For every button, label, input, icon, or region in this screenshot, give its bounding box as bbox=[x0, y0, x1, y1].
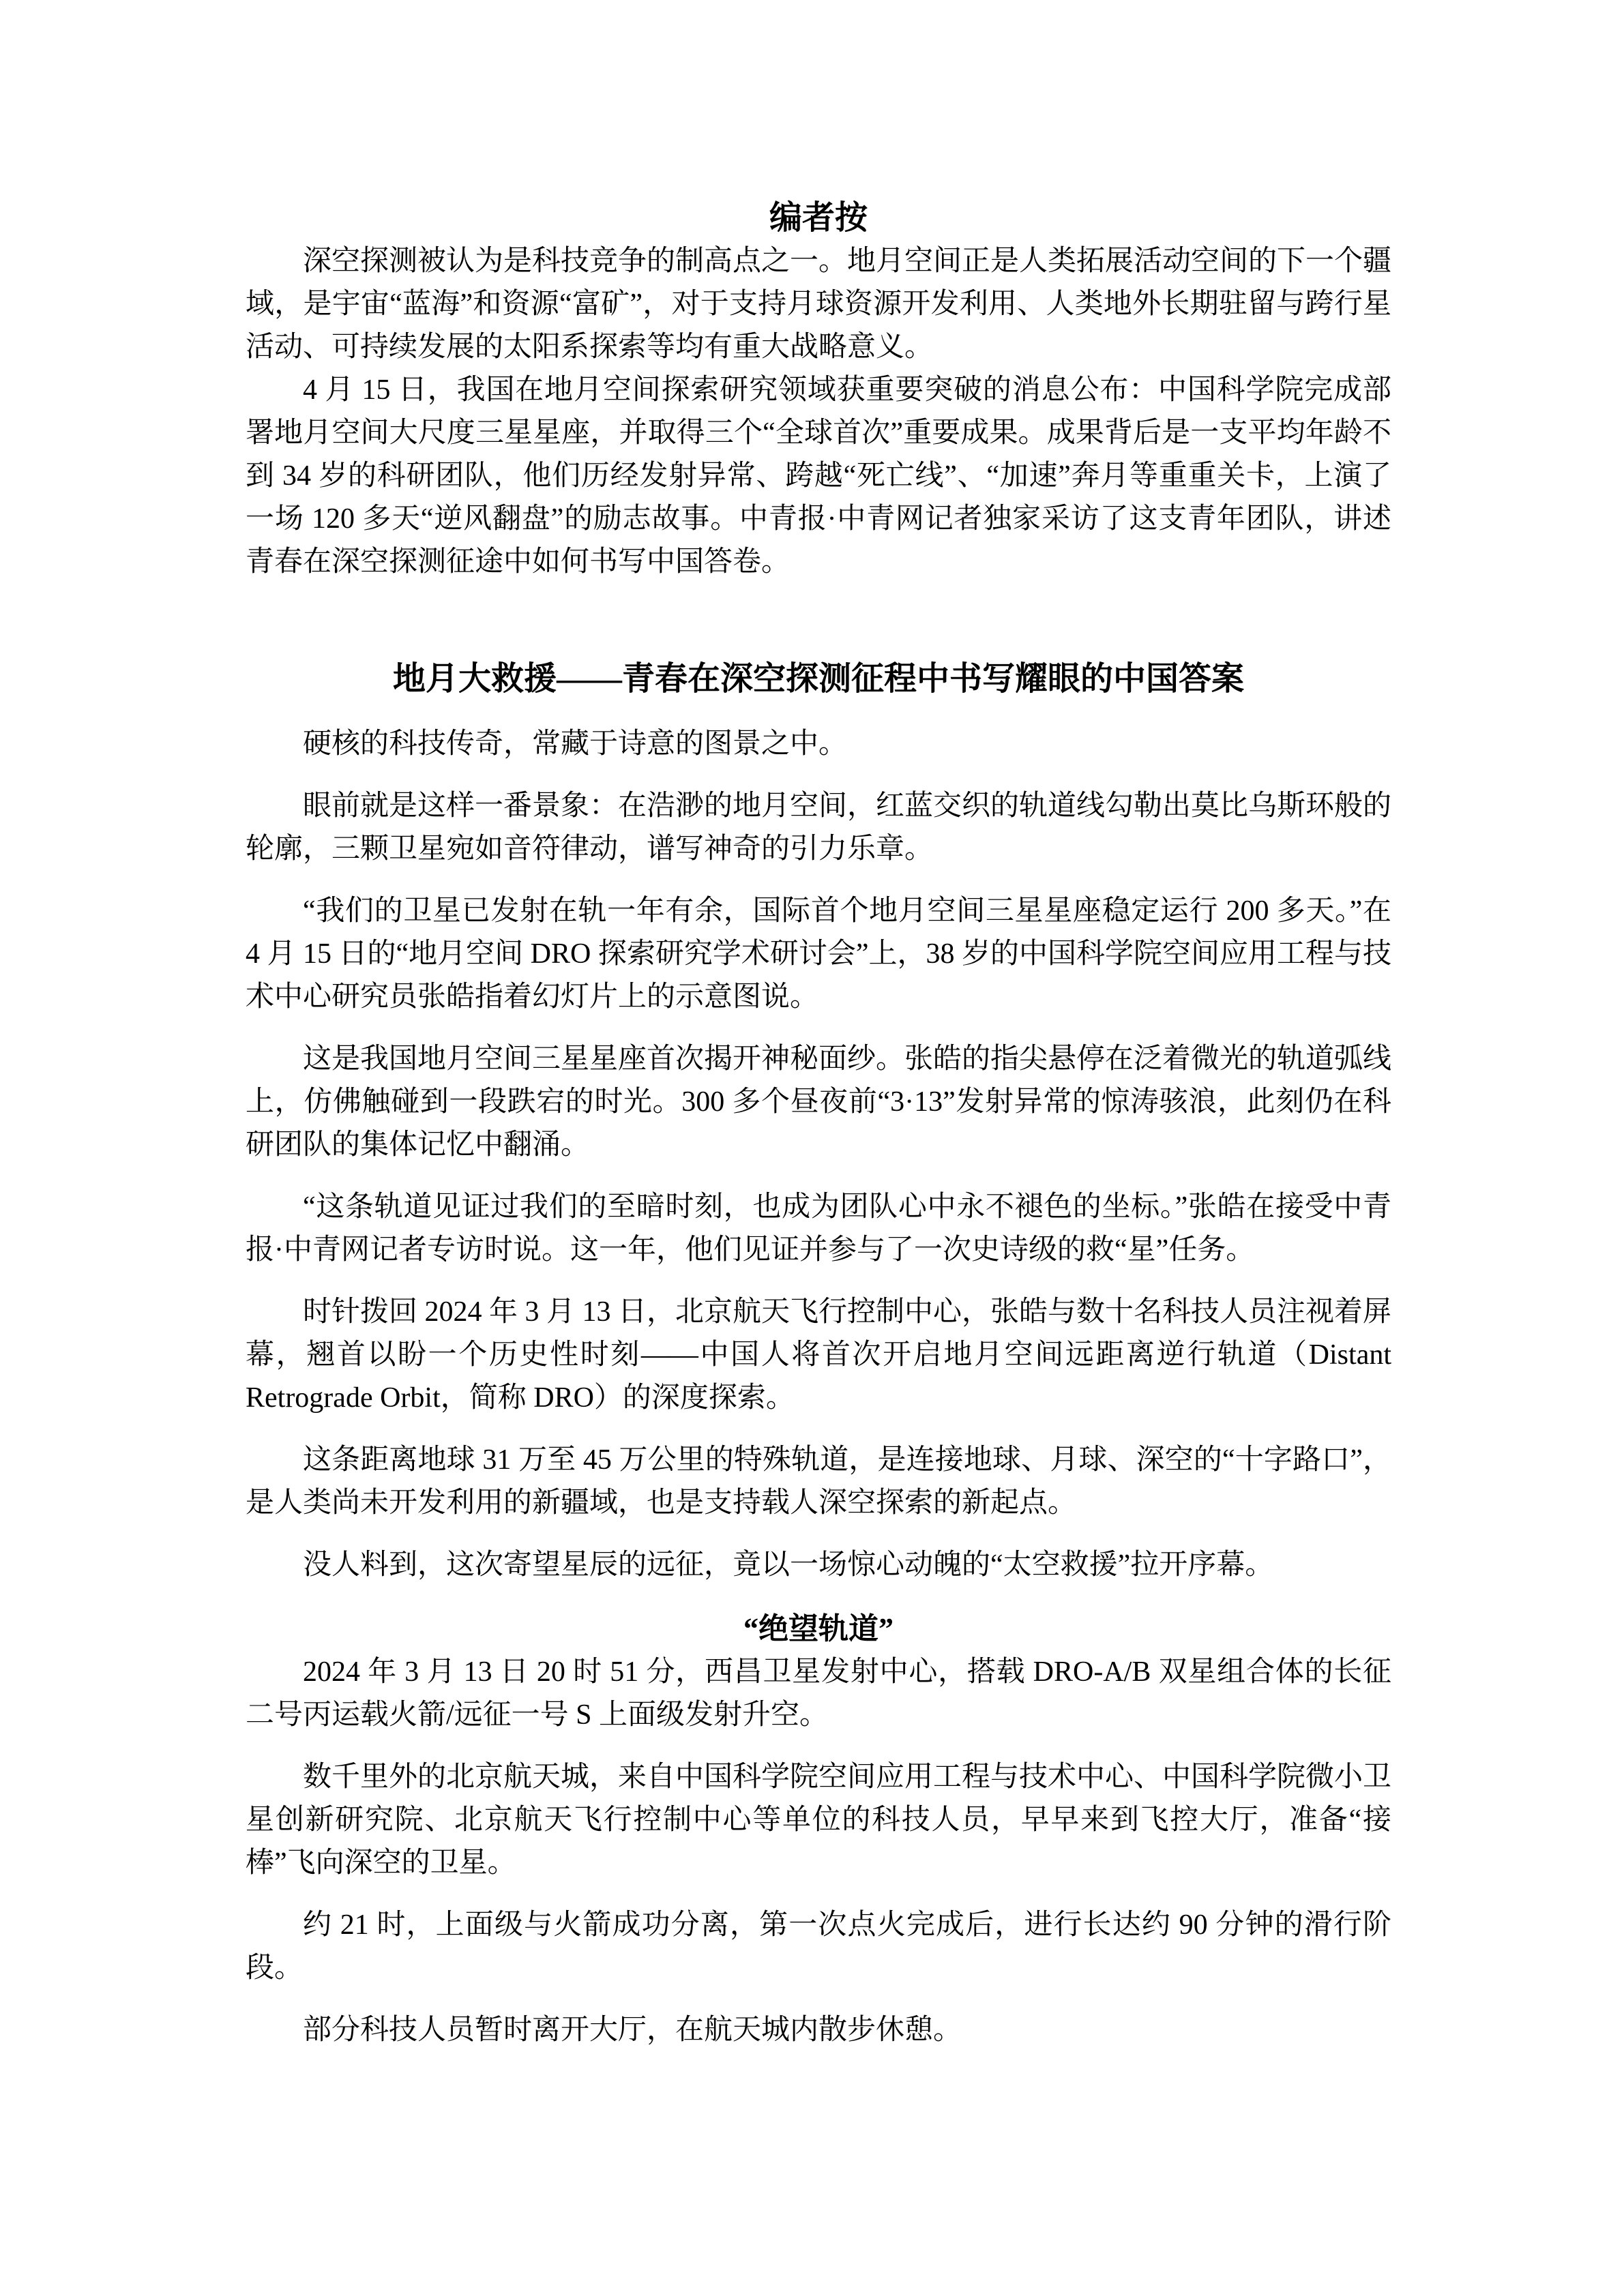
body-paragraph: 这条距离地球 31 万至 45 万公里的特殊轨道，是连接地球、月球、深空的“十字… bbox=[246, 1439, 1391, 1525]
body-paragraph: 部分科技人员暂时离开大厅，在航天城内散步休憩。 bbox=[246, 2009, 1391, 2052]
body-paragraph: 没人料到，这次寄望星辰的远征，竟以一场惊心动魄的“太空救援”拉开序幕。 bbox=[246, 1544, 1391, 1587]
body-paragraph: 硬核的科技传奇，常藏于诗意的图景之中。 bbox=[246, 723, 1391, 766]
body-paragraph: 眼前就是这样一番景象：在浩渺的地月空间，红蓝交织的轨道线勾勒出莫比乌斯环般的轮廓… bbox=[246, 785, 1391, 871]
document-page: 编者按 深空探测被认为是科技竞争的制高点之一。地月空间正是人类拓展活动空间的下一… bbox=[0, 0, 1624, 2296]
body-paragraph: “这条轨道见证过我们的至暗时刻，也成为团队心中永不褪色的坐标。”张皓在接受中青报… bbox=[246, 1186, 1391, 1272]
body-paragraph: 时针拨回 2024 年 3 月 13 日，北京航天飞行控制中心，张皓与数十名科技… bbox=[246, 1291, 1391, 1420]
editor-note-paragraph: 4 月 15 日，我国在地月空间探索研究领域获重要突破的消息公布：中国科学院完成… bbox=[246, 369, 1391, 584]
article-title: 地月大救援——青春在深空探测征程中书写耀眼的中国答案 bbox=[246, 655, 1391, 704]
document-content: 编者按 深空探测被认为是科技竞争的制高点之一。地月空间正是人类拓展活动空间的下一… bbox=[246, 196, 1391, 2052]
body-paragraph: “我们的卫星已发射在轨一年有余，国际首个地月空间三星星座稳定运行 200 多天。… bbox=[246, 890, 1391, 1019]
body-paragraph: 这是我国地月空间三星星座首次揭开神秘面纱。张皓的指尖悬停在泛着微光的轨道弧线上，… bbox=[246, 1038, 1391, 1167]
body-paragraph: 数千里外的北京航天城，来自中国科学院空间应用工程与技术中心、中国科学院微小卫星创… bbox=[246, 1756, 1391, 1885]
body-paragraph: 2024 年 3 月 13 日 20 时 51 分，西昌卫星发射中心，搭载 DR… bbox=[246, 1651, 1391, 1737]
section-heading: “绝望轨道” bbox=[246, 1607, 1391, 1651]
body-paragraph: 约 21 时，上面级与火箭成功分离，第一次点火完成后，进行长达约 90 分钟的滑… bbox=[246, 1904, 1391, 1990]
editor-note-heading: 编者按 bbox=[246, 196, 1391, 240]
editor-note-paragraph: 深空探测被认为是科技竞争的制高点之一。地月空间正是人类拓展活动空间的下一个疆域，… bbox=[246, 240, 1391, 369]
